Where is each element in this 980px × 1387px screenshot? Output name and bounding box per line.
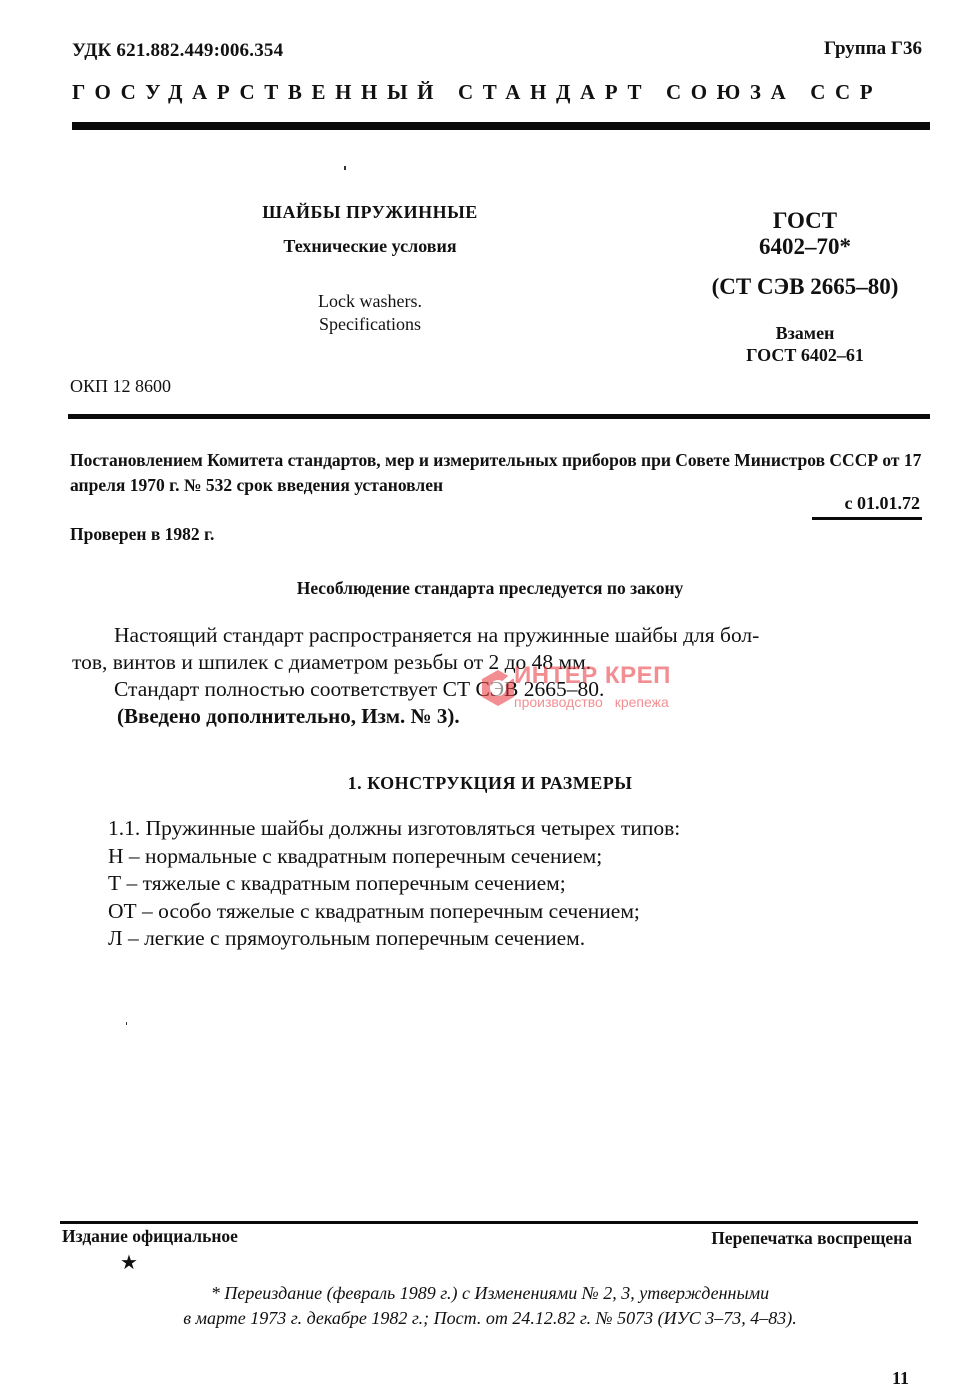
footnote-line1: * Переиздание (февраль 1989 г.) с Измене… (70, 1281, 910, 1306)
checked-year: Проверен в 1982 г. (70, 524, 214, 545)
intro-paragraph-line1: Настоящий стандарт распространяется на п… (72, 622, 920, 649)
scan-speck (126, 1022, 127, 1025)
state-standard-banner: ГОСУДАРСТВЕННЫЙ СТАНДАРТ СОЮЗА ССР (72, 80, 922, 105)
okp-code: ОКП 12 8600 (70, 376, 171, 397)
scan-speck (344, 166, 346, 170)
group-code: Группа Г36 (824, 38, 922, 60)
official-edition-label: Издание официальное (62, 1226, 238, 1247)
udk-code: УДК 621.882.449:006.354 (72, 40, 283, 62)
header-rule (72, 122, 930, 130)
page-number: 11 (892, 1368, 909, 1387)
replaces-standard: ГОСТ 6402–61 (690, 344, 920, 366)
intro-paragraph-line2: тов, винтов и шпилек с диаметром резьбы … (72, 649, 920, 676)
document-title-english: Lock washers. Specifications (200, 290, 540, 336)
gost-number: 6402–70* (690, 234, 920, 260)
gost-label: ГОСТ (690, 208, 920, 234)
list-item: ОТ – особо тяжелые с квадратным поперечн… (108, 898, 680, 926)
decree-text: Постановлением Комитета стандартов, мер … (70, 448, 925, 498)
no-reprint-label: Перепечатка воспрещена (711, 1228, 912, 1249)
document-subtitle: Технические условия (200, 236, 540, 257)
list-item: Т – тяжелые с квадратным поперечным сече… (108, 870, 680, 898)
st-sev-number: (СТ СЭВ 2665–80) (690, 274, 920, 300)
reissue-footnote: * Переиздание (февраль 1989 г.) с Измене… (70, 1281, 910, 1331)
effective-date: с 01.01.72 (845, 493, 921, 514)
compliance-statement: Стандарт полностью соответствует СТ СЭВ … (114, 676, 604, 703)
legal-warning: Несоблюдение стандарта преследуется по з… (60, 578, 920, 599)
footer-rule (60, 1221, 918, 1224)
star-icon: ★ (120, 1250, 138, 1275)
amendment-note: (Введено дополнительно, Изм. № 3). (117, 703, 460, 730)
list-item: Л – легкие с прямоугольным поперечным се… (108, 925, 680, 953)
document-title: ШАЙБЫ ПРУЖИННЫЕ (200, 202, 540, 223)
list-item: Н – нормальные с квадратным поперечным с… (108, 843, 680, 871)
effective-date-underline (812, 517, 922, 520)
washer-types-list: 1.1. Пружинные шайбы должны изготовлятьс… (108, 815, 680, 953)
replaces-label: Взамен (690, 322, 920, 344)
title-en-line2: Specifications (200, 313, 540, 336)
gost-designation: ГОСТ 6402–70* (СТ СЭВ 2665–80) Взамен ГО… (690, 208, 920, 366)
list-item: 1.1. Пружинные шайбы должны изготовлятьс… (108, 815, 680, 843)
footnote-line2: в марте 1973 г. декабре 1982 г.; Пост. о… (70, 1306, 910, 1331)
section-heading: 1. КОНСТРУКЦИЯ И РАЗМЕРЫ (60, 773, 920, 794)
title-en-line1: Lock washers. (200, 290, 540, 313)
title-block-rule (68, 414, 930, 419)
